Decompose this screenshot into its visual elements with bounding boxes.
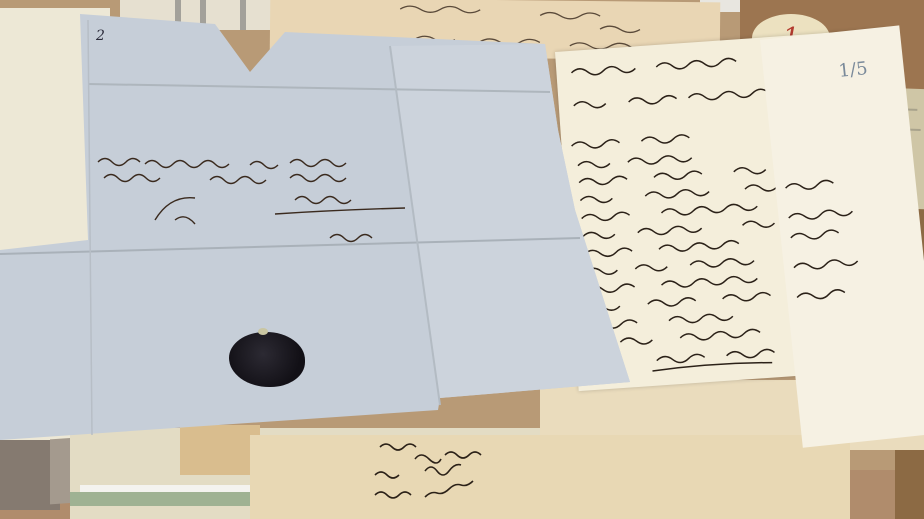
blue-paper-shape: 2 (0, 10, 630, 440)
svg-text:2: 2 (95, 28, 105, 44)
bottom-letter (250, 435, 850, 519)
wax-seal (229, 332, 305, 387)
svg-text:1/5: 1/5 (838, 58, 869, 82)
handwriting-scribble (250, 435, 850, 519)
seal-fragment (258, 328, 268, 335)
green-folder (70, 492, 250, 506)
photo-scene: 1 (0, 0, 924, 519)
blue-folded-letter: 2 (0, 10, 630, 440)
